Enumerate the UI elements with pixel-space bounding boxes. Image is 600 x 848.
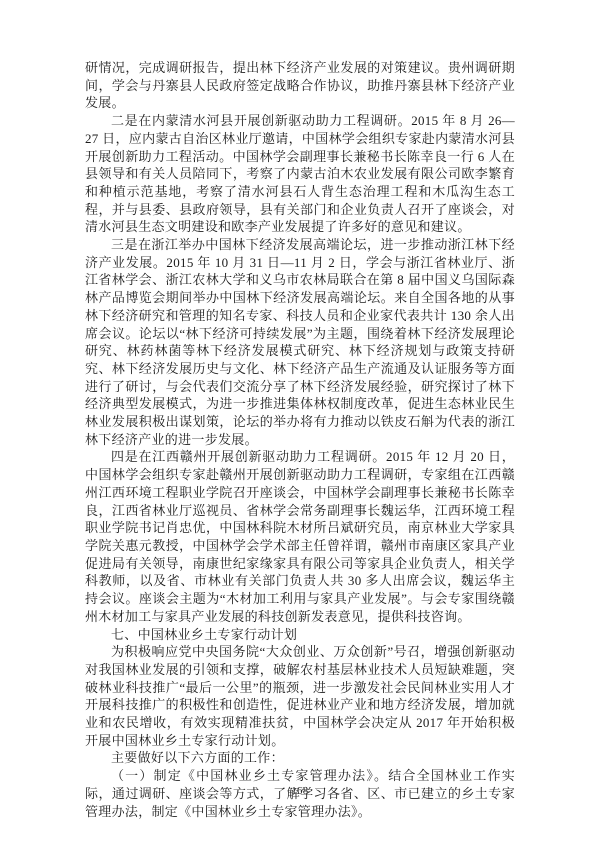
section-heading: 七、中国林业乡土专家行动计划 <box>85 626 515 644</box>
text-block: 研情况，完成调研报告，提出林下经济产业发展的对策建议。贵州调研期间，学会与丹寨县… <box>85 59 515 820</box>
paragraph: 三是在浙江举办中国林下经济发展高端论坛，进一步推动浙江林下经济产业发展。2015… <box>85 236 515 448</box>
paragraph: 主要做好以下六方面的工作： <box>85 749 515 767</box>
paragraph: 四是在江西赣州开展创新驱动助力工程调研。2015 年 12 月 20 日，中国林… <box>85 448 515 625</box>
paragraph: 二是在内蒙清水河县开展创新驱动助力工程调研。2015 年 8 月 26—27 日… <box>85 112 515 236</box>
paragraph: 研情况，完成调研报告，提出林下经济产业发展的对策建议。贵州调研期间，学会与丹寨县… <box>85 59 515 112</box>
document-page: 研情况，完成调研报告，提出林下经济产业发展的对策建议。贵州调研期间，学会与丹寨县… <box>0 0 600 848</box>
page-number: 168 <box>0 786 600 797</box>
paragraph: 为积极响应党中央国务院“大众创业、万众创新”号召，增强创新驱动对我国林业发展的引… <box>85 643 515 749</box>
